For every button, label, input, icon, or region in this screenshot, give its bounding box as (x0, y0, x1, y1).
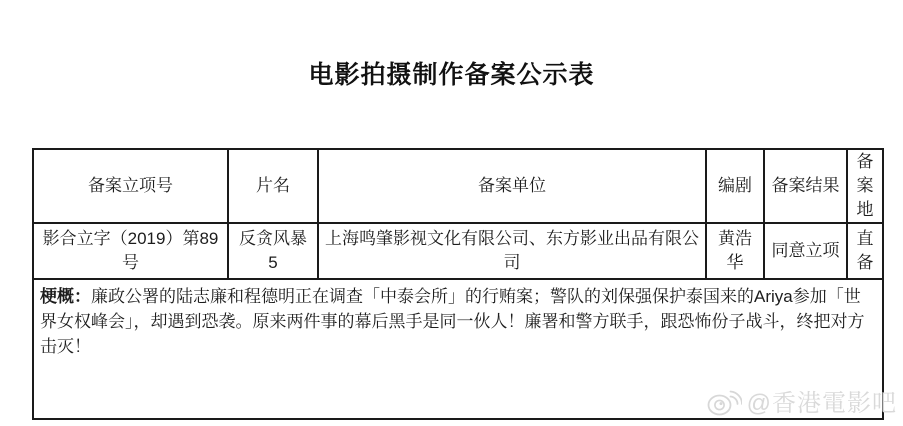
page-title: 电影拍摄制作备案公示表 (0, 55, 903, 91)
synopsis-text: 廉政公署的陆志廉和程德明正在调查「中泰会所」的行贿案；警队的刘保强保护泰国来的A… (40, 287, 865, 356)
cell-filing-place: 直备 (847, 223, 883, 279)
cell-film-title: 反贪风暴5 (228, 223, 318, 279)
header-filing-result: 备案结果 (764, 149, 847, 223)
synopsis-row: 梗概：廉政公署的陆志廉和程德明正在调查「中泰会所」的行贿案；警队的刘保强保护泰国… (33, 279, 883, 419)
filing-table: 备案立项号 片名 备案单位 编剧 备案结果 备案地 影合立字（2019）第89号… (32, 148, 884, 420)
filing-notice-page: 电影拍摄制作备案公示表 备案立项号 片名 备案单位 编剧 备案结果 备案地 影合… (0, 0, 903, 426)
cell-filing-unit: 上海鸣肇影视文化有限公司、东方影业出品有限公司 (318, 223, 706, 279)
cell-screenwriter: 黄浩华 (706, 223, 764, 279)
table-row: 影合立字（2019）第89号 反贪风暴5 上海鸣肇影视文化有限公司、东方影业出品… (33, 223, 883, 279)
cell-filing-number: 影合立字（2019）第89号 (33, 223, 228, 279)
header-film-title: 片名 (228, 149, 318, 223)
cell-filing-result: 同意立项 (764, 223, 847, 279)
synopsis-label: 梗概： (40, 287, 91, 306)
header-filing-number: 备案立项号 (33, 149, 228, 223)
table-header-row: 备案立项号 片名 备案单位 编剧 备案结果 备案地 (33, 149, 883, 223)
synopsis-cell: 梗概：廉政公署的陆志廉和程德明正在调查「中泰会所」的行贿案；警队的刘保强保护泰国… (33, 279, 883, 419)
header-filing-unit: 备案单位 (318, 149, 706, 223)
header-filing-place: 备案地 (847, 149, 883, 223)
header-screenwriter: 编剧 (706, 149, 764, 223)
